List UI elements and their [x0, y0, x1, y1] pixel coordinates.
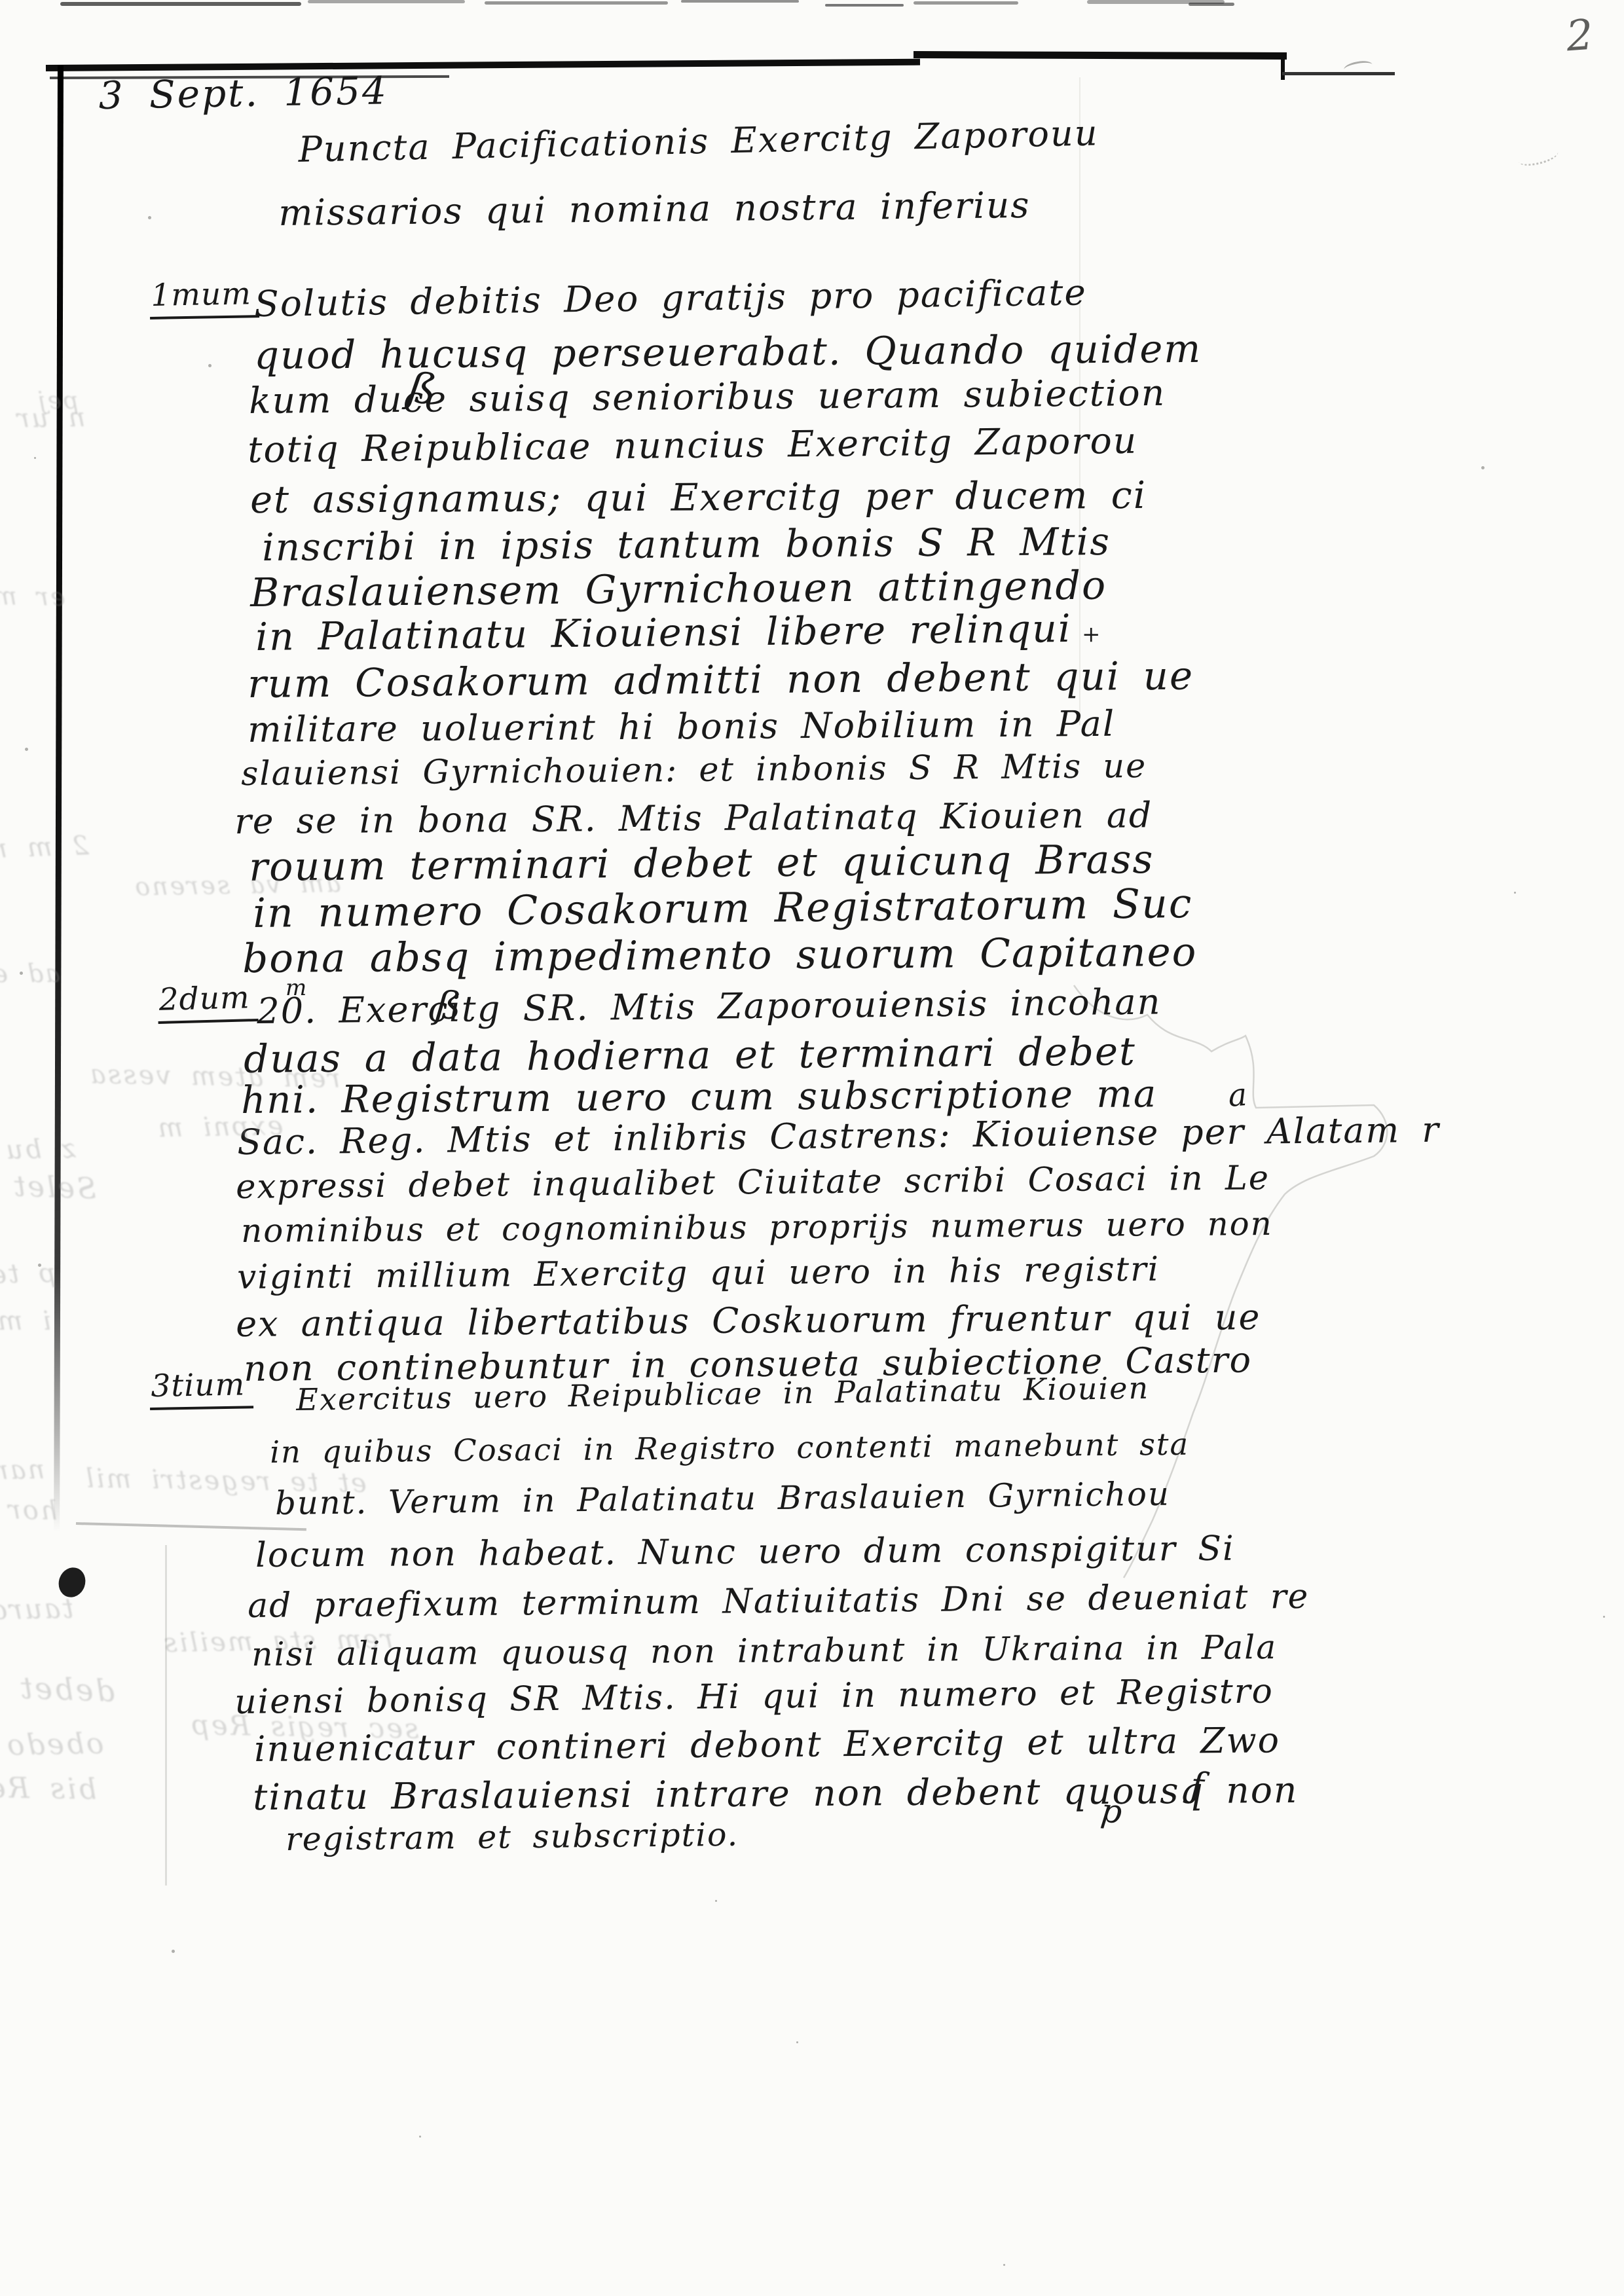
bleedthrough-fragment: er mali: [0, 583, 65, 610]
ink-speck: [715, 1900, 717, 1902]
scanner-edge-noise: [681, 0, 799, 3]
bleedthrough-fragment: rem sta meilis: [162, 1626, 394, 1656]
margin-label-secundum: 2dum: [157, 979, 258, 1024]
page-top-edge-step: [1281, 52, 1285, 80]
text-line: tinatu Braslauiensi intrare non debent q…: [253, 1772, 1299, 1815]
bleedthrough-fragment: expni m: [156, 1113, 284, 1141]
flourish-mark: ß: [405, 367, 439, 412]
ink-speck: [20, 972, 23, 975]
flourish-mark: ƒ: [1189, 1768, 1205, 1804]
manuscript-scan: 2 3 Sept. 1654 Puncta Pacificationis Exe…: [0, 0, 1624, 2296]
text-line: rouum terminari debet et quicunq Brass: [249, 840, 1154, 887]
bleedthrough-fragment: Selet: [12, 1172, 97, 1203]
text-line: ex antiqua libertatibus Coskuorum fruent…: [236, 1300, 1261, 1342]
bleedthrough-fragment: bis Regni:: [0, 1772, 97, 1804]
ink-speck: [208, 364, 212, 367]
ink-speck: [172, 1950, 175, 1953]
text-line: locum non habeat. Nunc uero dum conspigi…: [255, 1532, 1235, 1573]
text-line: rum Cosakorum admitti non debent qui ue: [248, 657, 1194, 704]
text-line: ad praefixum terminum Natiuitatis Dni se…: [248, 1580, 1310, 1624]
page-number: 2: [1564, 11, 1595, 62]
page-top-edge-right: [913, 51, 1287, 60]
text-line: quod hucusq perseuerabat. Quando quidem: [254, 329, 1202, 374]
bleedthrough-fragment: obedo in: [0, 1730, 104, 1761]
flourish-mark: m: [286, 977, 306, 999]
flourish-mark: ß: [434, 985, 463, 1025]
ink-speck: [34, 457, 36, 459]
ink-speck: [38, 1264, 41, 1267]
text-line: militare uoluerint hi bonis Nobilium in …: [248, 706, 1115, 748]
ink-speck: [148, 216, 151, 219]
scanner-edge-noise: [825, 4, 904, 7]
bleedthrough-fragment: sec regis Rep: [190, 1711, 419, 1743]
bleedthrough-fragment: pej: [36, 390, 79, 413]
page-top-edge-thin: [1282, 72, 1395, 75]
date-heading: 3 Sept. 1654: [98, 68, 388, 118]
bottom-left-crease: [76, 1522, 306, 1531]
margin-label-primum: 1mum: [149, 276, 259, 319]
ink-speck: [1514, 892, 1516, 894]
bleedthrough-fragment: p ter et Guz: [0, 1260, 56, 1290]
text-line: bunt. Verum in Palatinatu Braslauien Gyr…: [275, 1478, 1170, 1520]
text-line: totiq Reipublicae nuncius Exercitg Zapor…: [248, 423, 1138, 468]
dotted-arc-mark: [1517, 145, 1560, 169]
bleedthrough-fragment: i mi er: [0, 1308, 51, 1334]
ink-speck: [1003, 2264, 1005, 2266]
text-line: nisi aliquam quousq non intrabunt in Ukr…: [251, 1631, 1277, 1671]
bleedthrough-fragment: z bu der: [0, 1136, 76, 1165]
flourish-mark: a: [1227, 1079, 1248, 1112]
text-line: Braslauiensem Gyrnichouen attingendo: [250, 566, 1107, 613]
ink-speck: [419, 2136, 421, 2138]
ink-speck: [1603, 1616, 1605, 1618]
ink-speck: [25, 748, 28, 751]
text-line: expressi debet inqualibet Ciuitate scrib…: [236, 1161, 1270, 1204]
title-line-2: missarios qui nomina nostra inferius: [278, 187, 1031, 231]
text-line: 20. Exercitg SR. Mtis Zaporouiensis inco…: [257, 985, 1162, 1030]
page-left-edge-faint: [165, 1545, 167, 1886]
text-line: Sac. Reg. Mtis et inlibris Castrens: Kio…: [237, 1112, 1440, 1160]
text-line: bona absq impedimento suorum Capitaneo: [242, 933, 1197, 979]
scanner-edge-noise: [913, 1, 1018, 5]
text-line: in quibus Cosaci in Registro contenti ma…: [270, 1429, 1189, 1468]
ink-speck: [796, 2041, 798, 2043]
bleedthrough-fragment: 2 m ne: [0, 833, 89, 863]
scanner-edge-noise: [60, 2, 301, 6]
text-line: nominibus et cognominibus proprijs numer…: [241, 1208, 1273, 1248]
page-top-edge: [46, 59, 920, 71]
scanner-edge-noise: [485, 1, 668, 5]
bleedthrough-fragment: debet: [18, 1673, 115, 1706]
flourish-mark: p: [1099, 1794, 1124, 1829]
title-line-1: Puncta Pacificationis Exercitg Zaporouu: [298, 115, 1099, 168]
bleedthrough-fragment: tauro incola erunt: [0, 1595, 74, 1628]
text-line: kum duce suisq senioribus ueram subiecti…: [249, 375, 1166, 419]
ink-speck: [1481, 466, 1485, 469]
page-left-edge: [54, 65, 64, 1532]
text-line: viginti millium Exercitg qui uero in his…: [237, 1253, 1160, 1295]
scanner-edge-noise: [1189, 3, 1234, 6]
margin-label-tertium: 3tium: [149, 1366, 253, 1410]
bleedthrough-fragment: am va sereno: [133, 871, 341, 900]
text-line: et assignamus; qui Exercitg per ducem ci: [250, 477, 1147, 519]
bleedthrough-fragment: hor dor b: [0, 1495, 58, 1524]
text-line: registram et subscriptio.: [286, 1819, 739, 1855]
text-line: re se in bona SR. Mtis Palatinatq Kiouie…: [234, 797, 1153, 839]
text-line: in numero Cosakorum Registratorum Suc: [253, 884, 1193, 934]
scanner-edge-noise: [308, 0, 465, 3]
bleedthrough-fragment: ad e: [0, 961, 60, 986]
bleedthrough-fragment: rem atem vessa: [88, 1061, 341, 1092]
flourish-mark: +: [1082, 623, 1101, 646]
text-line: inscribi in ipsis tantum bonis S R Mtis: [262, 523, 1111, 567]
text-line: duas a data hodierna et terminari debet: [244, 1032, 1136, 1078]
text-line: in Palatinatu Kiouiensi libere relinqui: [255, 610, 1072, 657]
bleedthrough-fragment: et te regestri mil: [84, 1465, 367, 1497]
bleedthrough-fragment: nam er alten: [0, 1457, 45, 1487]
text-line: slauiensi Gyrnichouien: et inbonis S R M…: [241, 750, 1147, 792]
text-line: Solutis debitis Deo gratijs pro pacifica…: [254, 274, 1087, 321]
